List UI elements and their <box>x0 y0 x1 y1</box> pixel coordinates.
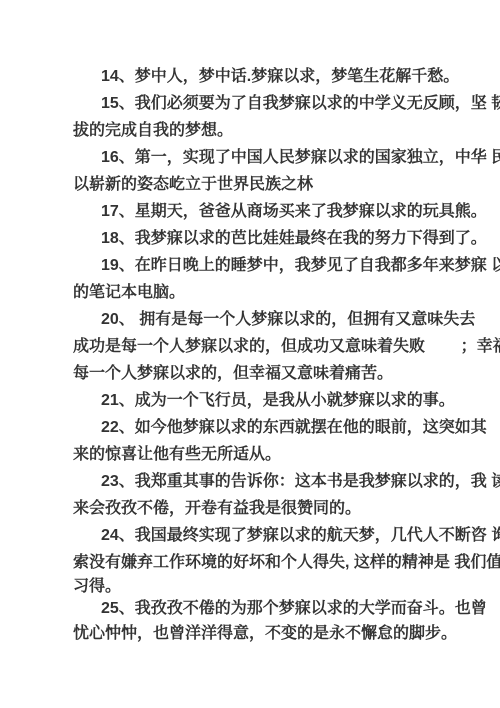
text-line: 以崭新的姿态屹立于世界民族之林 <box>73 171 473 198</box>
text-line: 来会孜孜不倦，开卷有益我是很赞同的。 <box>73 495 473 522</box>
text-line: 的笔记本电脑。 <box>73 279 473 306</box>
text-line: 每一个人梦寐以求的，但幸福又意味着痛苦。 <box>73 360 473 387</box>
text-block: 14、梦中人，梦中话.梦寐以求，梦笔生花解千愁。15、我们必须要为了自我梦寐以求… <box>73 63 473 647</box>
document-page: 14、梦中人，梦中话.梦寐以求，梦笔生花解千愁。15、我们必须要为了自我梦寐以求… <box>0 0 500 708</box>
text-line: 17、星期天，爸爸从商场买来了我梦寐以求的玩具熊。 <box>73 198 473 225</box>
text-line: 成功是每一个人梦寐以求的，但成功又意味着失败 ；幸福是 <box>73 333 473 360</box>
text-line: 15、我们必须要为了自我梦寐以求的中学义无反顾，坚 韧不 <box>73 90 473 117</box>
text-line: 习得。 <box>73 576 473 598</box>
text-line: 16、第一，实现了中国人民梦寐以求的国家独立，中华 民族 <box>73 144 473 171</box>
text-line: 索没有嫌弃工作环境的好坏和个人得失, 这样的精神是 我们值得学 <box>73 549 473 576</box>
text-line: 拔的完成自我的梦想。 <box>73 117 473 144</box>
text-line: 22、如今他梦寐以求的东西就摆在他的眼前，这突如其 <box>73 414 473 441</box>
text-line: 25、我孜孜不倦的为那个梦寐以求的大学而奋斗。也曾 <box>73 598 473 620</box>
text-line: 19、在昨日晚上的睡梦中，我梦见了自我都多年来梦寐 以求 <box>73 252 473 279</box>
text-line: 14、梦中人，梦中话.梦寐以求，梦笔生花解千愁。 <box>73 63 473 90</box>
text-line: 18、我梦寐以求的芭比娃娃最终在我的努力下得到了。 <box>73 225 473 252</box>
text-line: 24、我国最终实现了梦寐以求的航天梦，几代人不断咨 询探 <box>73 522 473 549</box>
text-line: 23、我郑重其事的告诉你：这本书是我梦寐以求的，我 读起 <box>73 468 473 495</box>
text-line: 来的惊喜让他有些无所适从。 <box>73 441 473 468</box>
text-line: 21、成为一个飞行员，是我从小就梦寐以求的事。 <box>73 387 473 414</box>
text-line: 20、 拥有是每一个人梦寐以求的，但拥有又意味失去 ； <box>73 306 473 333</box>
text-line: 忧心忡忡，也曾洋洋得意，不变的是永不懈怠的脚步。 <box>73 620 473 647</box>
